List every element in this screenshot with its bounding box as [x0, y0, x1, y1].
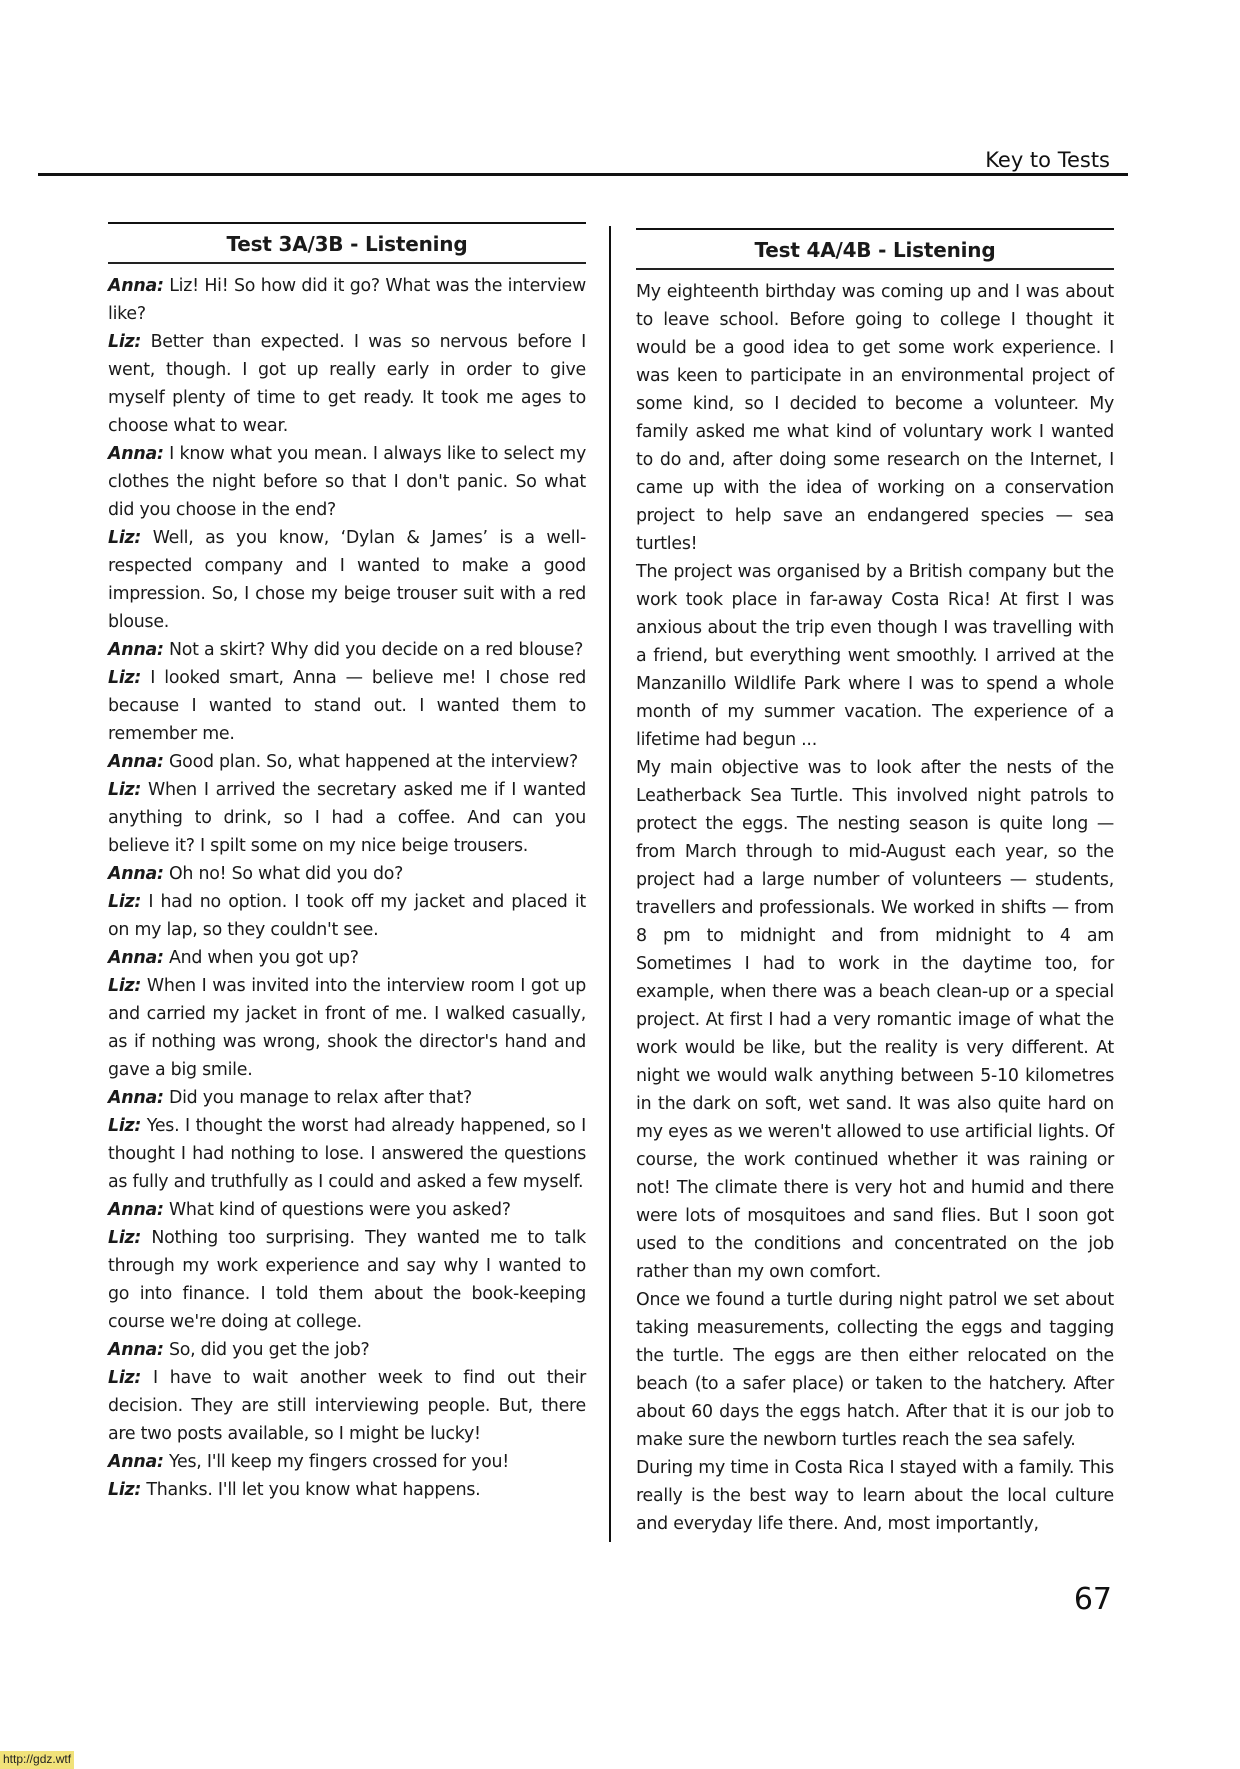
speaker-label: Anna: — [108, 1340, 164, 1360]
dialogue-text: Oh no! So what did you do? — [164, 864, 403, 884]
dialogue-line: Anna: Liz! Hi! So how did it go? What wa… — [108, 272, 586, 328]
dialogue-line: Anna: So, did you get the job? — [108, 1336, 586, 1364]
speaker-label: Anna: — [108, 864, 164, 884]
speaker-label: Anna: — [108, 640, 164, 660]
header-rule — [38, 173, 1128, 176]
speaker-label: Liz: — [108, 892, 141, 912]
dialogue-line: Liz: I have to wait another week to find… — [108, 1364, 586, 1448]
dialogue-text: Better than expected. I was so nervous b… — [108, 332, 586, 436]
speaker-label: Anna: — [108, 948, 164, 968]
dialogue-text: I have to wait another week to find out … — [108, 1368, 586, 1444]
paragraph: The project was organised by a British c… — [636, 558, 1114, 754]
dialogue-line: Liz: Better than expected. I was so nerv… — [108, 328, 586, 440]
dialogue-text: I know what you mean. I always like to s… — [108, 444, 586, 520]
dialogue-line: Anna: Not a skirt? Why did you decide on… — [108, 636, 586, 664]
speaker-label: Liz: — [108, 528, 141, 548]
right-column-test-4: Test 4A/4B - Listening My eighteenth bir… — [636, 228, 1114, 1538]
dialogue-text: Did you manage to relax after that? — [164, 1088, 472, 1108]
dialogue-text: What kind of questions were you asked? — [164, 1200, 511, 1220]
speaker-label: Anna: — [108, 444, 164, 464]
column-divider — [609, 226, 611, 1542]
dialogue: Anna: Liz! Hi! So how did it go? What wa… — [108, 272, 586, 1504]
speaker-label: Anna: — [108, 1200, 164, 1220]
dialogue-text: Not a skirt? Why did you decide on a red… — [164, 640, 583, 660]
dialogue-line: Anna: Did you manage to relax after that… — [108, 1084, 586, 1112]
dialogue-text: When I arrived the secretary asked me if… — [108, 780, 586, 856]
dialogue-text: Thanks. I'll let you know what happens. — [141, 1480, 480, 1500]
section-bottom-rule — [636, 268, 1114, 270]
dialogue-text: Well, as you know, ‘Dylan & James’ is a … — [108, 528, 586, 632]
speaker-label: Anna: — [108, 1088, 164, 1108]
dialogue-line: Liz: Thanks. I'll let you know what happ… — [108, 1476, 586, 1504]
dialogue-line: Anna: And when you got up? — [108, 944, 586, 972]
speaker-label: Liz: — [108, 976, 141, 996]
dialogue-line: Liz: When I arrived the secretary asked … — [108, 776, 586, 860]
speaker-label: Liz: — [108, 332, 141, 352]
dialogue-line: Liz: Nothing too surprising. They wanted… — [108, 1224, 586, 1336]
dialogue-text: Liz! Hi! So how did it go? What was the … — [108, 276, 586, 324]
dialogue-text: I looked smart, Anna — believe me! I cho… — [108, 668, 586, 744]
speaker-label: Liz: — [108, 1480, 141, 1500]
dialogue-text: So, did you get the job? — [164, 1340, 370, 1360]
speaker-label: Liz: — [108, 1368, 141, 1388]
dialogue-line: Liz: Well, as you know, ‘Dylan & James’ … — [108, 524, 586, 636]
watermark-link[interactable]: http://gdz.wtf — [0, 1751, 74, 1769]
dialogue-line: Anna: I know what you mean. I always lik… — [108, 440, 586, 524]
section-title: Test 4A/4B - Listening — [636, 230, 1114, 268]
dialogue-text: Nothing too surprising. They wanted me t… — [108, 1228, 586, 1332]
paragraph: My main objective was to look after the … — [636, 754, 1114, 1286]
dialogue-line: Anna: Good plan. So, what happened at th… — [108, 748, 586, 776]
dialogue-line: Liz: When I was invited into the intervi… — [108, 972, 586, 1084]
dialogue-line: Anna: Yes, I'll keep my fingers crossed … — [108, 1448, 586, 1476]
speaker-label: Liz: — [108, 1116, 141, 1136]
dialogue-line: Liz: Yes. I thought the worst had alread… — [108, 1112, 586, 1196]
dialogue-text: I had no option. I took off my jacket an… — [108, 892, 586, 940]
section-bottom-rule — [108, 262, 586, 264]
speaker-label: Anna: — [108, 752, 164, 772]
dialogue-text: Good plan. So, what happened at the inte… — [164, 752, 578, 772]
left-column-test-3: Test 3A/3B - Listening Anna: Liz! Hi! So… — [108, 222, 586, 1504]
running-head: Key to Tests — [985, 148, 1110, 172]
speaker-label: Liz: — [108, 1228, 141, 1248]
dialogue-text: Yes. I thought the worst had already hap… — [108, 1116, 586, 1192]
paragraph: During my time in Costa Rica I stayed wi… — [636, 1454, 1114, 1538]
dialogue-text: When I was invited into the interview ro… — [108, 976, 586, 1080]
passage: My eighteenth birthday was coming up and… — [636, 278, 1114, 1538]
dialogue-line: Anna: What kind of questions were you as… — [108, 1196, 586, 1224]
section-title: Test 3A/3B - Listening — [108, 224, 586, 262]
speaker-label: Liz: — [108, 668, 141, 688]
paragraph: My eighteenth birthday was coming up and… — [636, 278, 1114, 558]
speaker-label: Anna: — [108, 1452, 164, 1472]
dialogue-line: Liz: I had no option. I took off my jack… — [108, 888, 586, 944]
dialogue-line: Liz: I looked smart, Anna — believe me! … — [108, 664, 586, 748]
dialogue-text: And when you got up? — [164, 948, 359, 968]
dialogue-line: Anna: Oh no! So what did you do? — [108, 860, 586, 888]
speaker-label: Liz: — [108, 780, 141, 800]
dialogue-text: Yes, I'll keep my fingers crossed for yo… — [164, 1452, 509, 1472]
page-number: 67 — [1074, 1582, 1112, 1617]
paragraph: Once we found a turtle during night patr… — [636, 1286, 1114, 1454]
speaker-label: Anna: — [108, 276, 164, 296]
